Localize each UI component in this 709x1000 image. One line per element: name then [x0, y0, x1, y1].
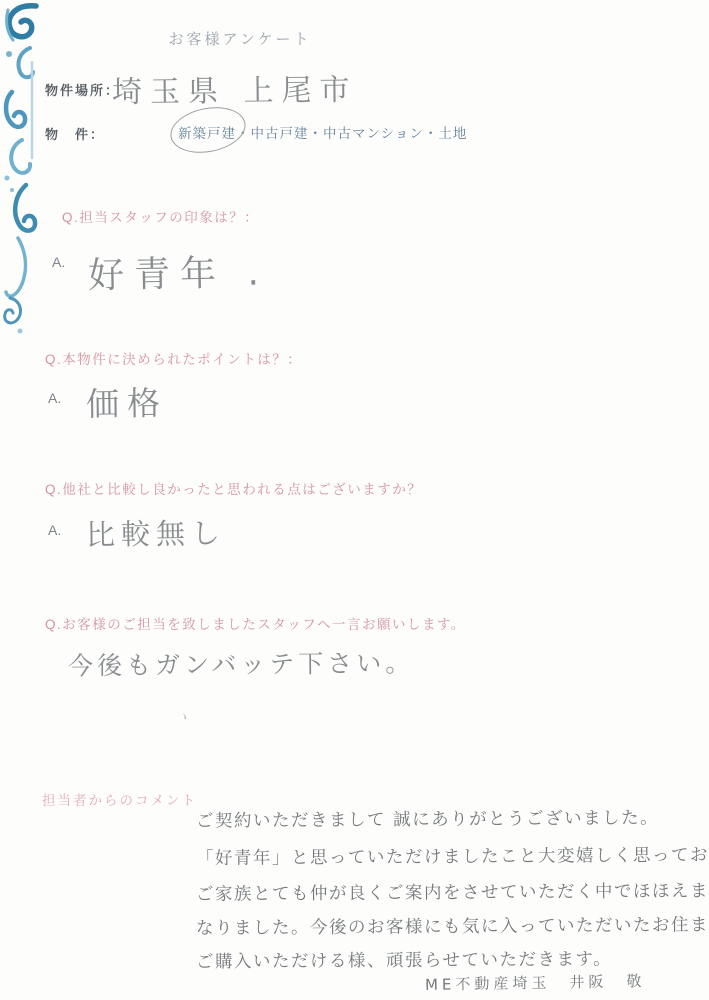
staff-comment-line-3: ご家族とても仲が良くご案内をさせていただく中でほほえましく	[196, 877, 709, 906]
question-2-label: Q.本物件に決められたポイントは？：	[45, 348, 302, 368]
page-title: お客様アンケート	[0, 28, 480, 49]
decorative-floral-border	[0, 0, 44, 340]
staff-comment-line-5: ご購入いただける様、頑張らせていただきます。	[196, 946, 612, 974]
location-label: 物件場所：	[45, 80, 120, 99]
answer-2-handwritten: 価格	[86, 377, 169, 425]
answer-2-prefix: A.	[48, 390, 61, 406]
stray-pencil-mark: ヽ	[175, 704, 193, 726]
answer-4-handwritten: 今後もガンバッテ下さい。	[68, 643, 415, 682]
location-handwritten-value: 埼玉県 上尾市	[112, 65, 358, 112]
question-3-label: Q.他社と比較し良かったと思われる点はございますか？	[45, 478, 422, 498]
staff-comment-label: 担当者からのコメント	[42, 789, 197, 809]
staff-comment-line-1: ご契約いただきまして 誠にありがとうございました。	[196, 804, 659, 832]
survey-page: お客様アンケート 物件場所： 埼玉県 上尾市 物 件： 新築戸建・中古戸建・中古…	[0, 0, 709, 1000]
answer-1-prefix: A.	[52, 254, 65, 270]
answer-3-prefix: A.	[48, 522, 61, 538]
staff-comment-line-4: なりました。今後のお客様にも気に入っていただいたお住まいを	[196, 911, 709, 940]
staff-signature: ME不動産埼玉 井阪 敬	[425, 970, 646, 995]
property-label: 物 件：	[45, 124, 105, 143]
staff-comment-line-2: 「好青年」と思っていただけましたこと大変嬉しく思っております。	[196, 841, 709, 870]
answer-3-handwritten: 比較無し	[86, 511, 227, 554]
question-4-label: Q.お客様のご担当を致しましたスタッフへ一言お願いします。	[45, 613, 466, 633]
question-1-label: Q.担当スタッフの印象は？：	[62, 206, 259, 226]
answer-1-handwritten: 好青年 .	[88, 244, 270, 298]
